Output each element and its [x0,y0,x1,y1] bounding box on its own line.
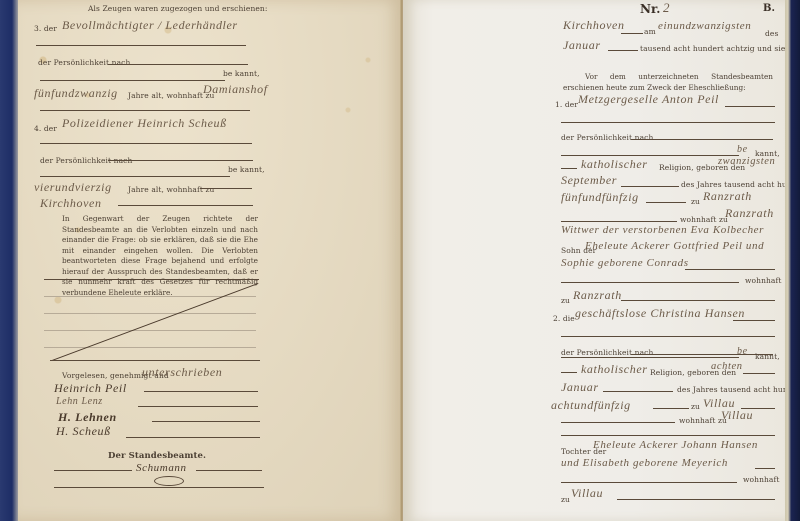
groom-number: 1. der [555,100,578,109]
rule [561,155,739,156]
witness-4-number: 4. der [34,124,57,133]
groom-birth-year: fünfundfünfzig [561,190,639,205]
witness-3-number: 3. der [34,24,57,33]
record-place: Kirchhoven [563,18,625,33]
groom-residence: Ranzrath [725,206,774,221]
rule [621,300,775,301]
signature-4: H. Scheuß [56,424,111,439]
bride-birth-year-label: des Jahres tausend acht hundert [677,385,785,394]
witness-intro: Als Zeugen waren zugezogen und erschiene… [88,4,267,13]
witness-4-age-label: Jahre alt, wohnhaft zu [128,185,214,194]
record-number-label: Nr. [640,2,660,16]
witness-4-known: be kannt, [228,165,265,174]
bride-parents-line2: und Elisabeth geborene Meyerich [561,457,728,469]
rule [685,269,775,270]
read-approved-handwritten: unterschrieben [142,365,222,380]
signature-1: Heinrich Peil [54,381,127,396]
rule [138,406,258,407]
record-year: tausend acht hundert achtzig und sieben. [640,44,785,53]
rule [561,435,775,436]
signature-flourish [154,476,184,486]
intro-text: Vor dem unterzeichneten Standesbeamten e… [563,72,773,93]
signature-2: Lehn Lenz [56,396,103,407]
section-letter: B. [763,3,775,14]
groom-birth-year-label: des Jahres tausend acht hundert [681,180,785,189]
witness-3-age: fünfundzwanzig [34,86,118,101]
rule [561,372,577,373]
rule-blank [44,313,256,314]
rule [617,499,775,500]
rule-blank [44,330,256,331]
rule [108,160,253,161]
witness-3-identity-label: der Persönlichkeit nach [38,58,130,67]
book-cover-right-edge [784,0,800,521]
groom-known-hand: be [737,144,748,155]
rule [561,357,739,358]
registrar-label: Der Standesbeamte. [108,451,206,461]
rule [196,470,262,471]
rule [54,470,132,471]
witness-4-age: vierundvierzig [34,180,112,195]
groom-birth-place-label: zu [691,197,700,206]
rule [40,176,230,177]
bride-residence-label: wohnhaft zu [679,416,727,425]
rule [561,168,577,169]
groom-parents-line2: Sophie geborene Conrads [561,257,689,269]
left-page: Als Zeugen waren zugezogen und erschiene… [18,0,403,521]
bride-parents-residence-prefix: zu [561,495,570,504]
right-page: Nr. 2 B. Kirchhoven am einundzwanzigsten… [403,0,785,521]
groom-parents-residence-label: wohnhaft [745,276,782,285]
groom-birth-place: Ranzrath [703,189,752,204]
book-cover-left-edge [0,0,20,521]
witness-3-occupation-name: Bevollmächtigter / Lederhändler [62,18,238,33]
rule [561,221,677,222]
registrar-signature: Schumann [136,462,187,474]
rule [54,487,264,488]
bride-birth-day: achten [711,361,743,372]
bride-number: 2. die [553,314,575,323]
rule [561,122,775,123]
rule [50,360,260,361]
declaration-text: In Gegenwart der Zeugen richtete der Sta… [62,214,258,298]
bride-known-hand: be [737,346,748,357]
bride-parents-residence-label: wohnhaft [743,475,780,484]
groom-occupation-name: Metzgergeselle Anton Peil [578,92,719,107]
bride-parents-line1: Eheleute Ackerer Johann Hansen [593,439,758,451]
witness-4-occupation-name: Polizeidiener Heinrich Scheuß [62,116,227,131]
rule [118,205,253,206]
rule [743,373,775,374]
witness-3-residence: Damianshof [203,82,268,97]
record-day: einundzwanzigsten [658,20,751,32]
rule [725,106,775,107]
bride-occupation-name: geschäftslose Christina Hansen [575,306,745,321]
rule [200,188,252,189]
place-connector: am [644,27,656,36]
bride-identity-label: der Persönlichkeit nach [561,348,653,357]
rule [733,320,775,321]
bride-birth-month: Januar [561,380,599,395]
bride-religion: katholischer [581,362,648,377]
signature-3: H. Lehnen [58,410,117,425]
bride-known-label: kannt, [755,352,780,361]
bride-birth-place-label: zu [691,402,700,411]
rule [603,391,673,392]
groom-residence-label: wohnhaft zu [680,215,728,224]
rule [631,354,773,355]
rule [561,482,737,483]
witness-4-residence: Kirchhoven [40,196,102,211]
bride-residence: Villau [721,408,753,423]
rule [621,33,643,34]
rule [108,64,248,65]
rule [36,45,246,46]
rule [152,421,260,422]
rule-blank [44,347,256,348]
groom-identity-label: der Persönlichkeit nach [561,133,653,142]
rule [561,336,775,337]
rule [40,143,252,144]
rule [561,282,739,283]
witness-3-age-label: Jahre alt, wohnhaft zu [128,91,214,100]
witness-3-known: be kannt, [223,69,260,78]
groom-parents-residence-prefix: zu [561,296,570,305]
rule [40,80,225,81]
groom-parents-line1: Eheleute Ackerer Gottfried Peil und [585,240,764,252]
groom-birth-day: zwanzigsten [718,156,775,167]
groom-widow-note: Wittwer der verstorbenen Eva Kolbecher [561,224,764,236]
groom-birth-month: September [561,173,617,188]
rule [126,437,260,438]
rule [40,110,250,111]
bride-parents-residence: Villau [571,486,603,501]
groom-parents-residence: Ranzrath [573,288,622,303]
rule [755,468,775,469]
rule [144,391,258,392]
rule [631,139,773,140]
record-day-suffix: des [765,29,778,38]
rule [653,408,689,409]
record-month: Januar [563,38,601,53]
rule [646,202,686,203]
groom-religion: katholischer [581,157,648,172]
rule [44,279,259,280]
rule [561,422,675,423]
rule [608,50,638,51]
rule [621,186,679,187]
record-number: 2 [663,0,670,16]
bride-birth-year: achtundfünfzig [551,398,631,413]
